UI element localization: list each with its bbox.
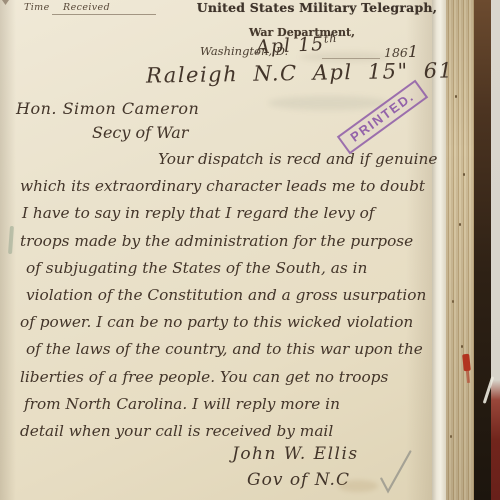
recipient-line: Hon. Simon Cameron [16,99,199,118]
body-line: from North Carolina. I will reply more i… [24,395,428,422]
time-received-label: Time Received [24,2,110,13]
body-line: violation of the Constitution and a gros… [26,286,428,313]
fore-edge-speckles [455,95,457,98]
body-line: I have to say in reply that I regard the… [22,204,428,231]
body-line: liberties of a free people. You can get … [20,368,428,395]
signature-title: Gov of N.C [247,470,350,490]
paper-stain [338,480,378,492]
letterhead-title: United States Military Telegraph, [173,0,461,15]
body-line: detail when your call is received by mai… [20,422,428,449]
recipient-title-line: Secy of War [92,123,188,142]
scanned-telegram-page: Time Received United States Military Tel… [0,0,500,500]
signature: John W. Ellis [232,444,359,464]
ink-bleed-smudge [268,96,388,110]
pencil-checkmark-icon [375,444,414,500]
letter-body: Your dispatch is recd and if genuine whi… [20,150,428,449]
body-line: which its extraordinary character leads … [20,177,428,204]
body-line: of power. I can be no party to this wick… [20,313,428,340]
paper-nick [2,0,9,5]
time-received-blank-line [52,14,156,15]
body-line: of subjugating the States of the South, … [26,259,428,286]
body-line: troops made by the administration for th… [20,232,428,259]
body-line: of the laws of the country, and to this … [26,340,428,367]
body-line: Your dispatch is recd and if genuine [20,150,428,177]
date-ordinal: th [324,32,338,46]
